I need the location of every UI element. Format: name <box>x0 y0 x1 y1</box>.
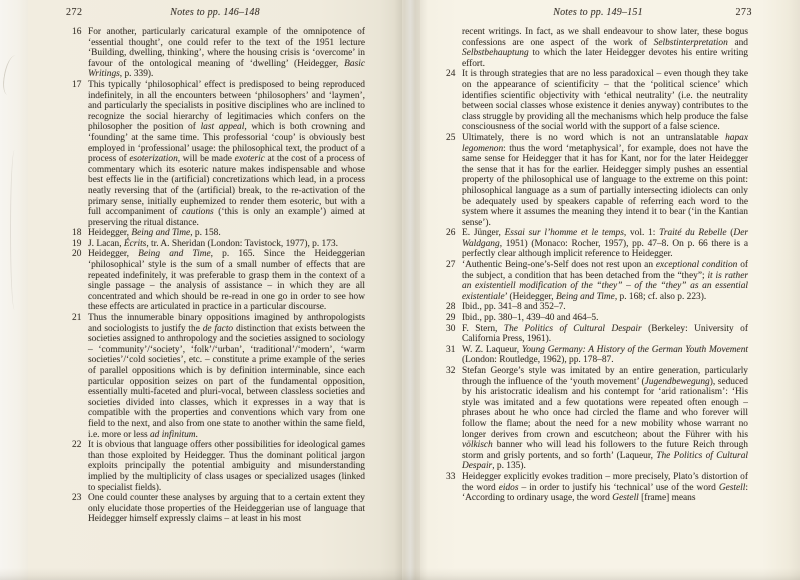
note-number: 23 <box>72 493 88 525</box>
note-row: 21 Thus the innumerable binary oppositio… <box>72 313 365 440</box>
note-text: J. Lacan, Écrits, tr. A. Sheridan (Londo… <box>88 239 365 250</box>
note-number: 28 <box>446 302 462 313</box>
note-row: 27 ‘Authentic Being-one’s-Self does not … <box>446 260 748 302</box>
page-edge-mark <box>1 54 21 96</box>
note-text: Thus the innumerable binary oppositions … <box>88 313 365 440</box>
note-row: 30 F. Stern, The Politics of Cultural De… <box>446 324 748 345</box>
note-row: 23 One could counter these analyses by a… <box>72 493 365 525</box>
note-number: 30 <box>446 324 462 345</box>
note-row: 18 Heidegger, Being and Time, p. 158. <box>72 228 365 239</box>
note-row: 33 Heidegger explicitly evokes tradition… <box>446 472 748 504</box>
note-text: ‘Authentic Being-one’s-Self does not res… <box>462 260 748 302</box>
note-text: One could counter these analyses by argu… <box>88 493 365 525</box>
note-row: 26 E. Jünger, Essai sur l’homme et le te… <box>446 228 748 260</box>
note-number: 33 <box>446 472 462 504</box>
note-row: 17 This typically ‘philosophical’ effect… <box>72 80 365 228</box>
left-page-header: 272 Notes to pp. 146–148 <box>28 7 402 21</box>
note-row: 28 Ibid., pp. 341–8 and 352–7. <box>446 302 748 313</box>
note-row: 25 Ultimately, there is no word which is… <box>446 133 748 228</box>
note-row: 19 J. Lacan, Écrits, tr. A. Sheridan (Lo… <box>72 239 365 250</box>
note-text: Ibid., pp. 341–8 and 352–7. <box>462 302 748 313</box>
note-text: F. Stern, The Politics of Cultural Despa… <box>462 324 748 345</box>
note-number: 22 <box>72 440 88 493</box>
note-text: W. Z. Laqueur, Young Germany: A History … <box>462 345 748 366</box>
right-page-header: Notes to pp. 149–151 273 <box>420 7 800 21</box>
note-row: 16 For another, particularly caricatural… <box>72 27 365 80</box>
book-fore-edge <box>0 0 30 580</box>
notes-list: 16 For another, particularly caricatural… <box>72 27 365 525</box>
note-number: 26 <box>446 228 462 260</box>
note-text: Ibid., pp. 380–1, 439–40 and 464–5. <box>462 313 748 324</box>
note-row: 20 Heidegger, Being and Time, p. 165. Si… <box>72 249 365 313</box>
note-number <box>446 27 462 69</box>
running-head: Notes to pp. 146–148 <box>58 7 372 18</box>
note-number: 16 <box>72 27 88 80</box>
note-text: Heidegger, Being and Time, p. 158. <box>88 228 365 239</box>
note-text: Heidegger, Being and Time, p. 165. Since… <box>88 249 365 313</box>
note-number: 24 <box>446 69 462 133</box>
note-number: 21 <box>72 313 88 440</box>
running-head: Notes to pp. 149–151 <box>420 7 776 18</box>
note-number: 31 <box>446 345 462 366</box>
note-row: 24 It is through strategies that are no … <box>446 69 748 133</box>
note-row: 31 W. Z. Laqueur, Young Germany: A Histo… <box>446 345 748 366</box>
note-number: 32 <box>446 366 462 472</box>
note-number: 17 <box>72 80 88 228</box>
note-text: It is through strategies that are no les… <box>462 69 748 133</box>
note-number: 27 <box>446 260 462 302</box>
note-row: 22 It is obvious that language offers ot… <box>72 440 365 493</box>
left-page: 272 Notes to pp. 146–148 16 For another,… <box>28 0 402 580</box>
note-text: Heidegger explicitly evokes tradition – … <box>462 472 748 504</box>
note-text: It is obvious that language offers other… <box>88 440 365 493</box>
note-number: 18 <box>72 228 88 239</box>
notes-list: recent writings. In fact, as we shall en… <box>446 27 748 504</box>
note-row: 32 Stefan George’s style was imitated by… <box>446 366 748 472</box>
page-edge-mark <box>10 150 19 310</box>
note-text: This typically ‘philosophical’ effect is… <box>88 80 365 228</box>
note-row: 29 Ibid., pp. 380–1, 439–40 and 464–5. <box>446 313 748 324</box>
note-number: 19 <box>72 239 88 250</box>
note-row: recent writings. In fact, as we shall en… <box>446 27 748 69</box>
note-text: recent writings. In fact, as we shall en… <box>462 27 748 69</box>
note-number: 29 <box>446 313 462 324</box>
note-number: 20 <box>72 249 88 313</box>
note-number: 25 <box>446 133 462 228</box>
note-text: Ultimately, there is no word which is no… <box>462 133 748 228</box>
note-text: E. Jünger, Essai sur l’homme et le temps… <box>462 228 748 260</box>
note-text: Stefan George’s style was imitated by an… <box>462 366 748 472</box>
note-text: For another, particularly caricatural ex… <box>88 27 365 80</box>
right-page: Notes to pp. 149–151 273 recent writings… <box>420 0 800 580</box>
page-number: 273 <box>736 7 753 18</box>
